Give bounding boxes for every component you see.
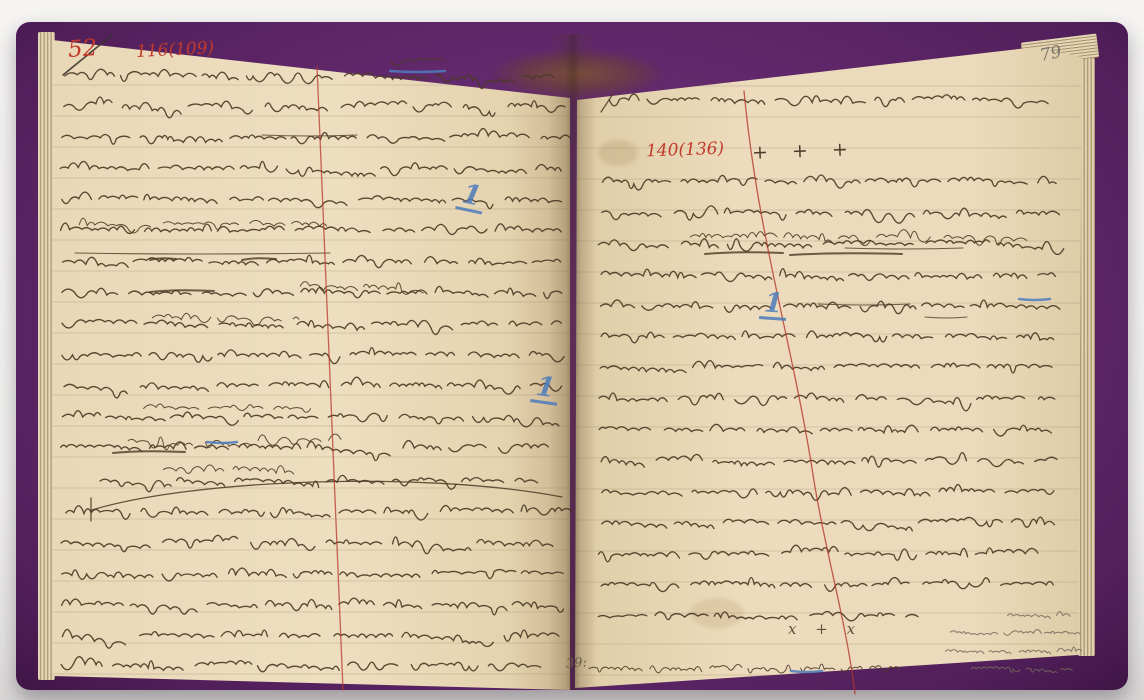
gutter-shadow bbox=[548, 34, 596, 690]
left-folio-number-struck: 52 bbox=[67, 35, 98, 63]
page-stain bbox=[690, 598, 744, 628]
right-page bbox=[572, 40, 1090, 692]
notebook-scan: 52 116(109) 140(136) 79 + + + x + x 39: … bbox=[0, 0, 1144, 700]
blue-editorial-numeral: 1 bbox=[759, 289, 788, 321]
page-stain bbox=[598, 140, 638, 166]
footnote-marker: 39: bbox=[566, 655, 588, 671]
blue-editorial-numeral: 1 bbox=[530, 372, 561, 405]
left-page bbox=[52, 34, 570, 694]
section-mark: + + + bbox=[752, 138, 858, 164]
right-foliation-number: 140(136) bbox=[646, 139, 725, 162]
closing-mark: x + x bbox=[788, 620, 862, 638]
left-foliation-number: 116(109) bbox=[136, 38, 215, 62]
